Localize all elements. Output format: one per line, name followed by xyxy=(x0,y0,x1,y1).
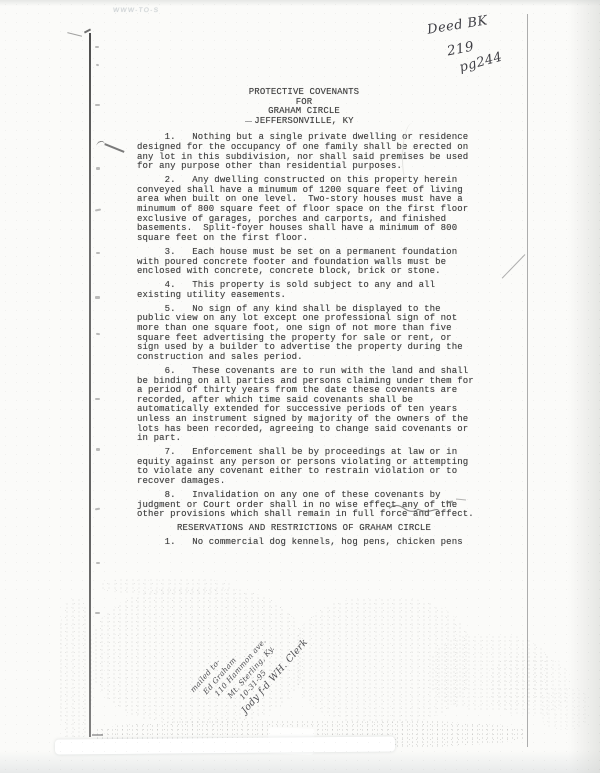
deed-book-line: Deed BK xyxy=(426,13,489,37)
scan-artifact xyxy=(245,121,252,122)
scan-noise xyxy=(540,688,590,730)
scan-left-edge-line xyxy=(89,33,91,737)
covenant-paragraph-2: 2. Any dwelling constructed on this prop… xyxy=(137,176,471,243)
paper-fold-line xyxy=(402,123,423,193)
mailed-note: mailed to- Ed Graham 110 Hammon ave. Mt.… xyxy=(188,573,335,729)
scan-noise xyxy=(100,578,230,594)
scan-artifact xyxy=(96,64,99,67)
scan-artifact xyxy=(96,252,100,254)
covenant-paragraph-7: 7. Enforcement shall be by proceedings a… xyxy=(137,448,471,486)
scan-artifact xyxy=(95,208,101,211)
covenant-paragraph-4: 4. This property is sold subject to any … xyxy=(137,281,471,300)
covenant-paragraph-6: 6. These covenants are to run with the l… xyxy=(137,367,471,444)
scan-artifact xyxy=(92,734,103,736)
reservations-section-heading: RESERVATIONS AND RESTRICTIONS OF GRAHAM … xyxy=(137,524,471,534)
pen-check-mark xyxy=(67,25,83,36)
scanned-document-page: WWW-TO-S Deed BK 219 pg244 PROTECTIVE CO… xyxy=(0,0,600,773)
scan-artifact xyxy=(96,333,100,336)
scan-noise xyxy=(430,635,550,710)
deed-book-note: Deed BK 219 pg244 xyxy=(425,12,545,82)
scan-artifact xyxy=(95,46,99,48)
document-title: PROTECTIVE COVENANTS FOR GRAHAM CIRCLE J… xyxy=(137,88,471,126)
faint-stamp-text: WWW-TO-S xyxy=(113,7,160,14)
scan-artifact xyxy=(95,612,100,614)
scan-artifact xyxy=(95,508,100,511)
scan-artifact xyxy=(95,296,100,299)
scan-artifact xyxy=(95,104,100,106)
covenant-paragraph-5: 5. No sign of any kind shall be displaye… xyxy=(137,305,471,363)
scan-artifact xyxy=(96,448,100,451)
scan-bright-strip xyxy=(55,737,395,755)
scan-artifact xyxy=(96,562,100,564)
reservations-item-1: 1. No commercial dog kennels, hog pens, … xyxy=(137,538,471,548)
pen-margin-dash xyxy=(104,143,124,152)
scan-noise xyxy=(58,598,92,743)
scan-noise xyxy=(490,655,570,715)
scan-right-edge-line xyxy=(527,14,528,747)
covenant-paragraph-3: 3. Each house must be set on a permanent… xyxy=(137,248,471,277)
scan-artifact xyxy=(96,167,100,170)
pen-slash-mark xyxy=(502,254,526,279)
scan-artifact xyxy=(95,398,100,400)
